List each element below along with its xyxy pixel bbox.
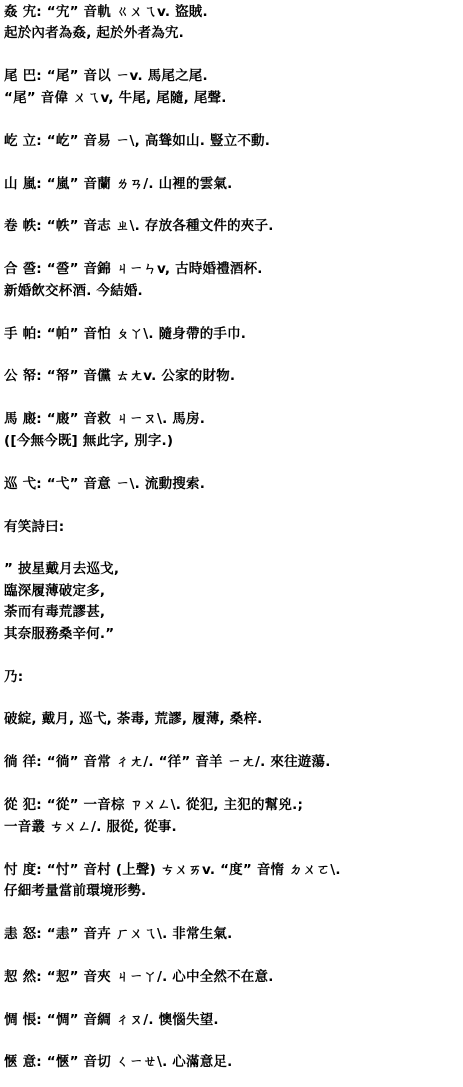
entry: 恚 怒: “恚” 音卉 ㄏㄨㄟ\. 非常生氣. xyxy=(4,924,463,945)
text-line: 忖 度: “忖” 音村 (上聲) ㄘㄨㄞv. “度” 音惰 ㄉㄨㄛ\. xyxy=(4,860,463,881)
entry: 姦 宄: “宄” 音軌 ㄍㄨㄟv. 盜賊. 起於內者為姦, 起於外者為宄. xyxy=(4,2,463,45)
entry: 惆 悵: “惆” 音綢 ㄔㄡ/. 懊惱失望. xyxy=(4,1010,463,1031)
text-line: 屹 立: “屹” 音易 ㄧ\, 高聳如山. 豎立不動. xyxy=(4,131,463,152)
entry: 手 帕: “帕” 音怕 ㄆㄚ\. 隨身帶的手巾. xyxy=(4,324,463,345)
poem-line: 其奈服務桑辛何.” xyxy=(4,624,463,645)
text-line: 起於內者為姦, 起於外者為宄. xyxy=(4,23,463,44)
entry: 公 帑: “帑” 音儻 ㄊㄤv. 公家的財物. xyxy=(4,366,463,387)
blank-line xyxy=(4,1031,463,1052)
entry: 愜 意: “愜” 音切 ㄑㄧㄝ\. 心滿意足. xyxy=(4,1052,463,1073)
text-line: 恚 怒: “恚” 音卉 ㄏㄨㄟ\. 非常生氣. xyxy=(4,924,463,945)
entry: 從 犯: “從” 一音棕 ㄗㄨㄥ\. 從犯, 主犯的幫兇.; 一音叢 ㄘㄨㄥ/.… xyxy=(4,795,463,838)
blank-line xyxy=(4,838,463,859)
blank-line xyxy=(4,238,463,259)
blank-line xyxy=(4,195,463,216)
text-line: 仔細考量當前環境形勢. xyxy=(4,881,463,902)
text-line: 巡 弋: “弋” 音意 ㄧ\. 流動搜索. xyxy=(4,474,463,495)
blank-line xyxy=(4,731,463,752)
poem-line: 臨深履薄破定多, xyxy=(4,581,463,602)
text-line: 乃: xyxy=(4,667,463,688)
text-line: ([今無今既] 無此字, 別字.) xyxy=(4,431,463,452)
entry: 恝 然: “恝” 音夾 ㄐㄧㄚ/. 心中全然不在意. xyxy=(4,967,463,988)
entry: 山 嵐: “嵐” 音蘭 ㄌㄢ/. 山裡的雲氣. xyxy=(4,174,463,195)
text-line: 有笑詩曰: xyxy=(4,517,463,538)
blank-line xyxy=(4,902,463,923)
text-line: 馬 廄: “廄” 音救 ㄐㄧㄡ\. 馬房. xyxy=(4,409,463,430)
text-line: “尾” 音偉 ㄨㄟv, 牛尾, 尾隨, 尾聲. xyxy=(4,88,463,109)
blank-line xyxy=(4,388,463,409)
blank-line xyxy=(4,109,463,130)
entry: 破綻, 戴月, 巡弋, 荼毒, 荒謬, 履薄, 桑梓. xyxy=(4,709,463,730)
text-line: 從 犯: “從” 一音棕 ㄗㄨㄥ\. 從犯, 主犯的幫兇.; xyxy=(4,795,463,816)
text-line: 手 帕: “帕” 音怕 ㄆㄚ\. 隨身帶的手巾. xyxy=(4,324,463,345)
entry: 巡 弋: “弋” 音意 ㄧ\. 流動搜索. xyxy=(4,474,463,495)
blank-line xyxy=(4,152,463,173)
entry: 合 巹: “巹” 音錦 ㄐㄧㄣv, 古時婚禮酒杯. 新婚飲交杯酒. 今結婚. xyxy=(4,259,463,302)
blank-line xyxy=(4,945,463,966)
blank-line xyxy=(4,452,463,473)
entry: 屹 立: “屹” 音易 ㄧ\, 高聳如山. 豎立不動. xyxy=(4,131,463,152)
text-line: 山 嵐: “嵐” 音蘭 ㄌㄢ/. 山裡的雲氣. xyxy=(4,174,463,195)
blank-line xyxy=(4,988,463,1009)
entry: 徜 徉: “徜” 音常 ㄔㄤ/. “徉” 音羊 ㄧㄤ/. 來往遊蕩. xyxy=(4,752,463,773)
blank-line xyxy=(4,345,463,366)
text-line: 恝 然: “恝” 音夾 ㄐㄧㄚ/. 心中全然不在意. xyxy=(4,967,463,988)
blank-line xyxy=(4,45,463,66)
poem-line: ” 披星戴月去巡戈, xyxy=(4,559,463,580)
text-line: 合 巹: “巹” 音錦 ㄐㄧㄣv, 古時婚禮酒杯. xyxy=(4,259,463,280)
blank-line xyxy=(4,645,463,666)
text-line: 尾 巴: “尾” 音以 ㄧv. 馬尾之尾. xyxy=(4,66,463,87)
document-body: 姦 宄: “宄” 音軌 ㄍㄨㄟv. 盜賊. 起於內者為姦, 起於外者為宄. 尾 … xyxy=(0,0,463,1074)
blank-line xyxy=(4,688,463,709)
entry: 乃: xyxy=(4,667,463,688)
text-line: 姦 宄: “宄” 音軌 ㄍㄨㄟv. 盜賊. xyxy=(4,2,463,23)
blank-line xyxy=(4,774,463,795)
entry: 馬 廄: “廄” 音救 ㄐㄧㄡ\. 馬房. ([今無今既] 無此字, 別字.) xyxy=(4,409,463,452)
text-line: 惆 悵: “惆” 音綢 ㄔㄡ/. 懊惱失望. xyxy=(4,1010,463,1031)
blank-line xyxy=(4,302,463,323)
entry: 卷 帙: “帙” 音志 ㄓ\. 存放各種文件的夾子. xyxy=(4,216,463,237)
text-line: 愜 意: “愜” 音切 ㄑㄧㄝ\. 心滿意足. xyxy=(4,1052,463,1073)
text-line: 卷 帙: “帙” 音志 ㄓ\. 存放各種文件的夾子. xyxy=(4,216,463,237)
text-line: 破綻, 戴月, 巡弋, 荼毒, 荒謬, 履薄, 桑梓. xyxy=(4,709,463,730)
text-line: 新婚飲交杯酒. 今結婚. xyxy=(4,281,463,302)
text-line: 徜 徉: “徜” 音常 ㄔㄤ/. “徉” 音羊 ㄧㄤ/. 來往遊蕩. xyxy=(4,752,463,773)
text-line: 公 帑: “帑” 音儻 ㄊㄤv. 公家的財物. xyxy=(4,366,463,387)
entry: 尾 巴: “尾” 音以 ㄧv. 馬尾之尾. “尾” 音偉 ㄨㄟv, 牛尾, 尾隨… xyxy=(4,66,463,109)
entry: 忖 度: “忖” 音村 (上聲) ㄘㄨㄞv. “度” 音惰 ㄉㄨㄛ\. 仔細考量… xyxy=(4,860,463,903)
poem: ” 披星戴月去巡戈, 臨深履薄破定多, 荼而有毒荒謬甚, 其奈服務桑辛何.” xyxy=(4,559,463,645)
text-line: 一音叢 ㄘㄨㄥ/. 服從, 從事. xyxy=(4,817,463,838)
entry: 有笑詩曰: xyxy=(4,517,463,538)
blank-line xyxy=(4,538,463,559)
poem-line: 荼而有毒荒謬甚, xyxy=(4,602,463,623)
blank-line xyxy=(4,495,463,516)
